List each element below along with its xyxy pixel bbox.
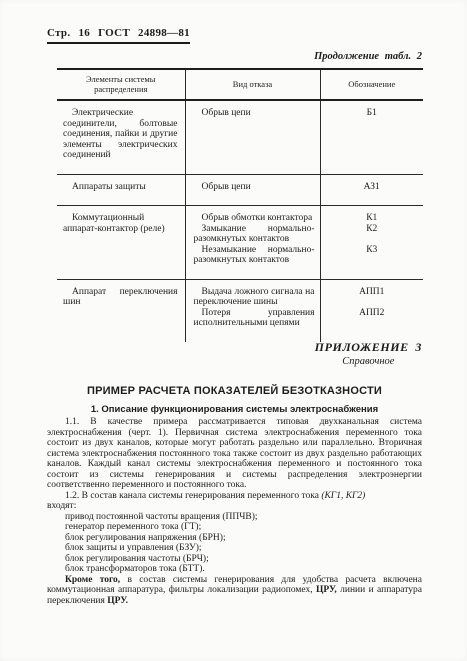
code-cell: Б1 (320, 100, 423, 174)
paragraph-1-2-text: 1.2. В состав канала системы генерирован… (65, 491, 321, 501)
component-list-item: блок регулирования частоты (БРЧ); (47, 554, 422, 565)
failure-cell: Потеря управления исполнительными цепями (185, 308, 320, 342)
channel-designations: (КГ1, КГ2) (321, 491, 365, 501)
column-header-failure-type: Вид отказа (185, 69, 320, 100)
paragraph-1-2: 1.2. В состав канала системы генерирован… (47, 491, 422, 512)
table-row: Электрические соединители, болтовые соед… (57, 100, 423, 174)
code-cell: АПП2 (320, 308, 423, 342)
table-continuation-caption: Продолжение табл. 2 (314, 51, 422, 62)
component-list-item: блок защиты и управления (БЗУ); (47, 543, 422, 554)
table-row: Аппарат переключения шин Выдача ложного … (57, 279, 423, 308)
failure-modes-table: Элементы системы распределения Вид отказ… (57, 68, 423, 342)
code-cell: АЗ1 (320, 174, 423, 206)
table-row: Коммутационный аппарат-контактор (реле) … (57, 206, 423, 224)
appendix-title: ПРИМЕР РАСЧЕТА ПОКАЗАТЕЛЕЙ БЕЗОТКАЗНОСТИ (47, 385, 422, 397)
element-cell: Электрические соединители, болтовые соед… (57, 100, 185, 174)
appendix-label-block: ПРИЛОЖЕНИЕ 3 Справочное (315, 340, 422, 367)
code-cell: К3 (320, 245, 423, 280)
document-page: Стр. 16 ГОСТ 24898—81 Продолжение табл. … (0, 0, 467, 661)
code-cell: К2 (320, 224, 423, 245)
tsru-abbr-1: ЦРУ, (316, 585, 337, 595)
component-list-item: блок регулирования напряжения (БРН); (47, 533, 422, 544)
code-cell: АПП1 (320, 279, 423, 308)
component-list-item: привод постоянной частоты вращения (ППЧВ… (47, 512, 422, 523)
table-header-row: Элементы системы распределения Вид отказ… (57, 69, 423, 100)
tsru-abbr-2: ЦРУ. (107, 596, 128, 606)
element-cell: Коммутационный аппарат-контактор (реле) (57, 206, 185, 280)
element-cell: Аппарат переключения шин (57, 279, 185, 342)
column-header-elements: Элементы системы распределения (57, 69, 185, 100)
running-head: Стр. 16 ГОСТ 24898—81 (47, 27, 190, 44)
code-cell: К1 (320, 206, 423, 224)
paragraph-1-2-continuation: входят: (47, 501, 76, 511)
column-header-designation: Обозначение (320, 69, 423, 100)
table-row: Аппараты защиты Обрыв цепи АЗ1 (57, 174, 423, 206)
paragraph-final-lead: Кроме того, (65, 575, 120, 585)
component-list-item: генератор переменного тока (ГТ); (47, 522, 422, 533)
failure-cell: Обрыв цепи (185, 174, 320, 206)
appendix-type-label: Справочное (315, 356, 422, 367)
component-list-item: блок трансформаторов тока (БТТ). (47, 564, 422, 575)
element-cell: Аппараты защиты (57, 174, 185, 206)
section-1-heading: 1. Описание функционирования системы эле… (47, 404, 422, 415)
failure-cell: Выдача ложного сигнала на переключение ш… (185, 279, 320, 308)
appendix-label: ПРИЛОЖЕНИЕ 3 (315, 340, 422, 355)
failure-cell: Незамыкание нормально-разомкнутых контак… (185, 245, 320, 280)
failure-cell: Обрыв цепи (185, 100, 320, 174)
paragraph-final: Кроме того, в состав системы генерирован… (47, 575, 422, 607)
failure-cell: Обрыв обмотки контактора (185, 206, 320, 224)
appendix-body: 1.1. В качестве примера рассматривается … (47, 417, 422, 606)
failure-cell: Замыкание нормально-разомкнутых контакто… (185, 224, 320, 245)
paragraph-1-1: 1.1. В качестве примера рассматривается … (47, 417, 422, 491)
